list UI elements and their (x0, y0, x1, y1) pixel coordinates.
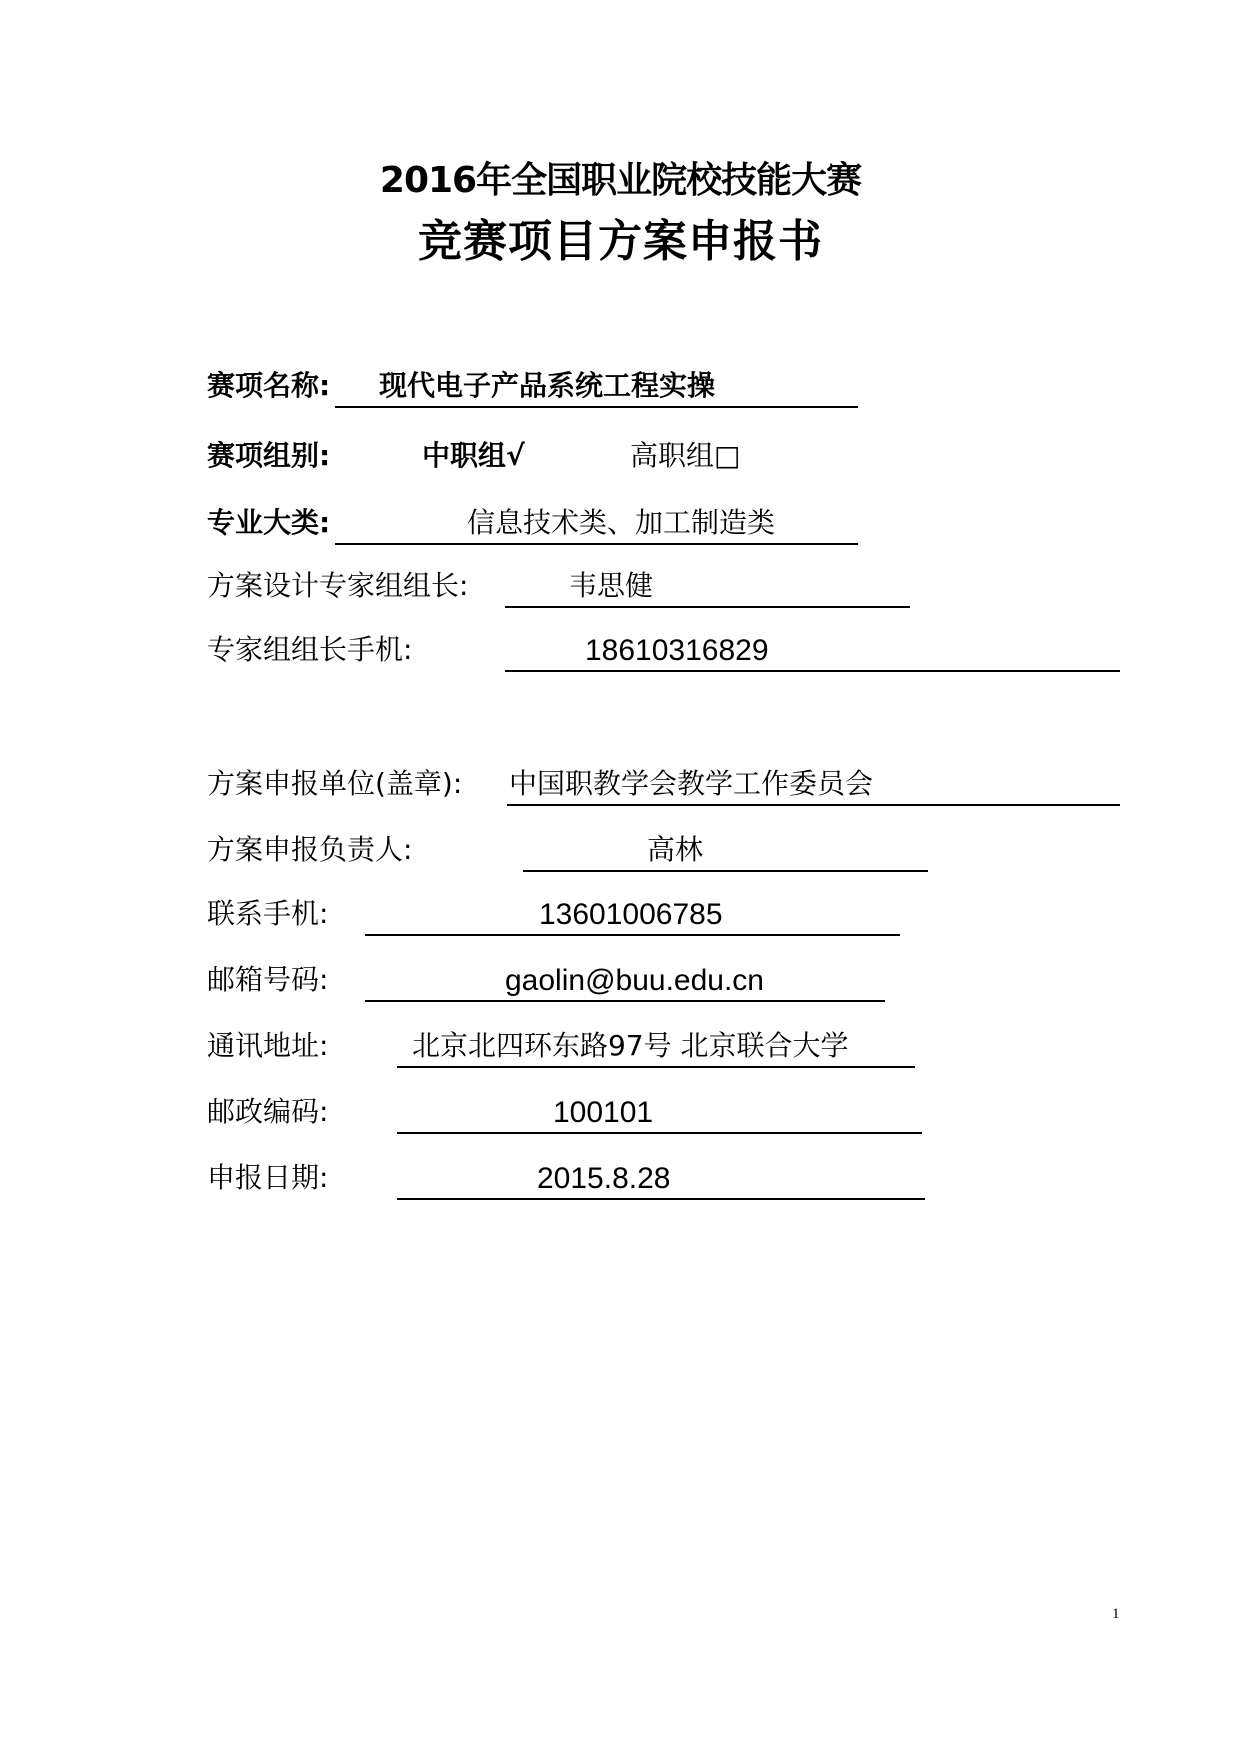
apply-date-value: 2015.8.28 (537, 1162, 670, 1196)
option-higher-vocational-label: 高职组 (630, 439, 714, 472)
apply-date-underline (397, 1198, 925, 1200)
field-postal-code: 邮政编码: 100101 (207, 1094, 927, 1134)
email-label: 邮箱号码: (207, 958, 328, 998)
expert-leader-underline (505, 606, 910, 608)
major-category-label: 专业大类: (207, 501, 330, 541)
applicant-unit-underline (507, 804, 1120, 806)
field-event-name: 赛项名称: 现代电子产品系统工程实操 (207, 368, 907, 408)
field-expert-leader-phone: 专家组组长手机: 18610316829 (207, 632, 1127, 672)
address-value: 北京北四环东路97号 北京联合大学 (412, 1024, 849, 1064)
field-expert-leader: 方案设计专家组组长: 韦思健 (207, 568, 927, 608)
option-higher-vocational[interactable]: 高职组□ (630, 434, 740, 474)
applicant-person-value: 高林 (647, 828, 703, 868)
field-email: 邮箱号码: gaolin@buu.edu.cn (207, 962, 927, 1002)
expert-leader-phone-value: 18610316829 (585, 634, 769, 668)
contact-phone-value: 13601006785 (539, 898, 723, 932)
expert-leader-label: 方案设计专家组组长: (207, 564, 468, 604)
page-number: 1 (1112, 1606, 1120, 1623)
expert-leader-value: 韦思健 (569, 564, 653, 604)
email-value: gaolin@buu.edu.cn (505, 964, 764, 998)
contact-phone-label: 联系手机: (207, 892, 328, 932)
option-secondary-vocational-label: 中职组 (422, 439, 506, 472)
apply-date-label: 申报日期: (207, 1156, 328, 1196)
document-title-line1: 2016年全国职业院校技能大赛 (0, 152, 1241, 203)
postal-code-underline (397, 1132, 922, 1134)
major-category-underline (335, 543, 858, 545)
option-secondary-vocational[interactable]: 中职组√ (422, 434, 525, 474)
field-applicant-person: 方案申报负责人: 高林 (207, 832, 927, 872)
field-major-category: 专业大类: 信息技术类、加工制造类 (207, 505, 907, 545)
field-apply-date: 申报日期: 2015.8.28 (207, 1160, 927, 1200)
event-name-label: 赛项名称: (207, 364, 330, 404)
applicant-unit-label: 方案申报单位(盖章): (207, 762, 462, 802)
applicant-person-underline (523, 870, 928, 872)
check-mark-icon: √ (506, 439, 525, 472)
field-address: 通讯地址: 北京北四环东路97号 北京联合大学 (207, 1028, 927, 1068)
event-name-underline (335, 406, 858, 408)
expert-leader-phone-label: 专家组组长手机: (207, 628, 412, 668)
expert-leader-phone-underline (505, 670, 1120, 672)
postal-code-value: 100101 (553, 1096, 653, 1130)
field-applicant-unit: 方案申报单位(盖章): 中国职教学会教学工作委员会 (207, 766, 1127, 806)
field-event-group: 赛项组别: 中职组√ 高职组□ (207, 438, 907, 478)
applicant-unit-value: 中国职教学会教学工作委员会 (509, 762, 873, 802)
major-category-value: 信息技术类、加工制造类 (467, 501, 775, 541)
email-underline (365, 1000, 885, 1002)
applicant-person-label: 方案申报负责人: (207, 828, 412, 868)
field-contact-phone: 联系手机: 13601006785 (207, 896, 927, 936)
checkbox-empty-icon: □ (714, 439, 740, 472)
address-label: 通讯地址: (207, 1024, 328, 1064)
address-underline (397, 1066, 915, 1068)
document-title-line2: 竞赛项目方案申报书 (0, 205, 1241, 269)
contact-phone-underline (365, 934, 900, 936)
event-group-label: 赛项组别: (207, 434, 330, 474)
event-name-value: 现代电子产品系统工程实操 (379, 364, 715, 404)
postal-code-label: 邮政编码: (207, 1090, 328, 1130)
